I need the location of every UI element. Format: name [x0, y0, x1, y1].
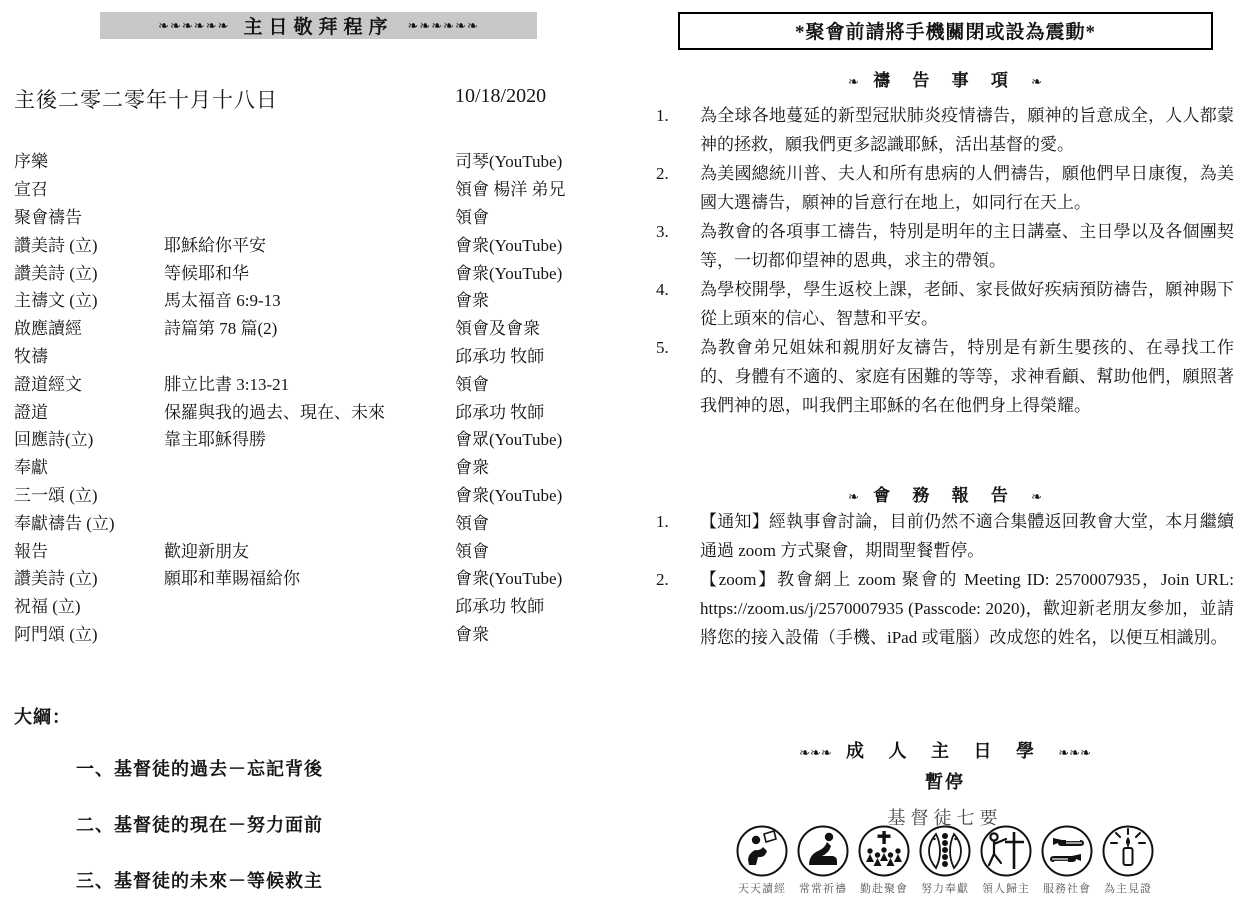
program-item-leader: 邱承功 牧師 [455, 592, 636, 617]
announcement-item: 1. 【通知】經執事會討論，目前仍然不適合集體返回教會大堂，本月繼續通過 zoo… [656, 507, 1234, 565]
program-row: 祝福 (立) 邱承功 牧師 [14, 591, 636, 619]
program-item-leader: 領會 [455, 509, 636, 534]
program-item-name: 牧禱 [14, 342, 164, 367]
announcement-item: 2. 【zoom】教會網上 zoom 聚會的 Meeting ID: 25700… [656, 565, 1234, 652]
serve-society-icon [1040, 824, 1094, 878]
witness-candle-icon [1101, 824, 1155, 878]
essential-label: 為主見證 [1104, 880, 1152, 896]
program-row: 報告 歡迎新朋友 領會 [14, 535, 636, 563]
prayer-item: 2. 為美國總統川普、夫人和所有患病的人們禱告，願他們早日康復，為美國大選禱告，… [656, 159, 1234, 217]
program-item-name: 讚美詩 (立) [14, 259, 164, 284]
program-item-detail: 等候耶和华 [164, 259, 455, 284]
program-item-leader: 會眾(YouTube) [455, 425, 636, 450]
program-row: 奉獻 會衆 [14, 452, 636, 480]
item-text: 為教會弟兄姐妹和親朋好友禱告，特別是有新生嬰孩的、在尋找工作的、身體有不適的、家… [700, 333, 1234, 420]
program-item-name: 證道 [14, 398, 164, 423]
item-number: 5. [656, 333, 700, 420]
program-item-name: 讚美詩 (立) [14, 231, 164, 256]
essential-offering: 努力奉獻 [916, 824, 974, 896]
program-row: 奉獻禱告 (立) 領會 [14, 507, 636, 535]
item-number: 3. [656, 217, 700, 275]
seven-essentials-icons: 天天讀經 常常祈禱 [650, 824, 1240, 896]
essential-read-bible: 天天讀經 [733, 824, 791, 896]
prayer-item: 4. 為學校開學，學生返校上課，老師、家長做好疾病預防禱告，願神賜下從上頭來的信… [656, 275, 1234, 333]
program-item-leader: 領會 楊洋 弟兄 [455, 175, 636, 200]
program-item-name: 聚會禱告 [14, 203, 164, 228]
scroll-ornament-icon: ❧❧❧ [799, 745, 832, 760]
scroll-ornament-icon: ❧ [1031, 74, 1042, 89]
item-number: 1. [656, 507, 700, 565]
sunday-school-section-title: ❧❧❧ 成 人 主 日 學 ❧❧❧ [650, 737, 1240, 763]
date-row: 主後二零二零年十月十八日 10/18/2020 [14, 84, 636, 114]
prayer-item: 5. 為教會弟兄姐妹和親朋好友禱告，特別是有新生嬰孩的、在尋找工作的、身體有不適… [656, 333, 1234, 420]
program-item-leader: 會衆 [455, 620, 636, 645]
program-row: 讚美詩 (立) 等候耶和华 會衆(YouTube) [14, 257, 636, 285]
prayer-section-title: ❧ 禱 告 事 項 ❧ [650, 66, 1240, 91]
program-item-name: 三一頌 (立) [14, 481, 164, 506]
program-item-leader: 領會及會衆 [455, 314, 636, 339]
outline-title: 大綱： [14, 703, 636, 729]
program-item-leader: 領會 [455, 537, 636, 562]
announcement-items-list: 1. 【通知】經執事會討論，目前仍然不適合集體返回教會大堂，本月繼續通過 zoo… [656, 507, 1234, 652]
program-item-leader: 邱承功 牧師 [455, 342, 636, 367]
scroll-ornament-icon: ❧ [848, 489, 859, 504]
bulletin-left-page: ❧❧❧❧❧❧ 主日敬拜程序 ❧❧❧❧❧❧ 主後二零二零年十月十八日 10/18/… [14, 0, 636, 913]
item-text: 【zoom】教會網上 zoom 聚會的 Meeting ID: 25700079… [700, 565, 1234, 652]
program-item-name: 奉獻禱告 (立) [14, 509, 164, 534]
sunday-school-status: 暫停 [650, 768, 1240, 794]
essential-label: 服務社會 [1043, 880, 1091, 896]
essential-label: 勤赴聚會 [860, 880, 908, 896]
program-item-detail: 願耶和華賜福給你 [164, 564, 455, 589]
program-item-name: 主禱文 (立) [14, 286, 164, 311]
outline-point: 二、基督徒的現在－努力面前 [76, 811, 636, 837]
essential-serve-society: 服務社會 [1038, 824, 1096, 896]
pray-icon [796, 824, 850, 878]
essential-pray: 常常祈禱 [794, 824, 852, 896]
program-item-name: 證道經文 [14, 370, 164, 395]
essential-label: 常常祈禱 [799, 880, 847, 896]
program-item-detail: 詩篇第 78 篇(2) [164, 314, 455, 339]
program-row: 聚會禱告 領會 [14, 202, 636, 230]
scroll-ornament-icon: ❧❧❧❧❧❧ [158, 18, 229, 34]
offering-icon [918, 824, 972, 878]
attend-meeting-icon [857, 824, 911, 878]
program-item-leader: 領會 [455, 370, 636, 395]
prayer-items-list: 1. 為全球各地蔓延的新型冠狀肺炎疫情禱告，願神的旨意成全，人人都蒙神的拯救，願… [656, 101, 1234, 420]
outline-point: 一、基督徒的過去－忘記背後 [76, 755, 636, 781]
scroll-ornament-icon: ❧ [848, 74, 859, 89]
program-item-detail: 歡迎新朋友 [164, 537, 455, 562]
program-item-leader: 會衆 [455, 286, 636, 311]
program-row: 證道經文 腓立比書 3:13-21 領會 [14, 368, 636, 396]
lead-to-christ-icon [979, 824, 1033, 878]
program-item-leader: 會衆 [455, 453, 636, 478]
item-text: 為全球各地蔓延的新型冠狀肺炎疫情禱告，願神的旨意成全，人人都蒙神的拯救，願我們更… [700, 101, 1234, 159]
program-item-name: 宣召 [14, 175, 164, 200]
program-row: 宣召 領會 楊洋 弟兄 [14, 174, 636, 202]
scroll-ornament-icon: ❧❧❧❧❧❧ [408, 18, 479, 34]
program-item-leader: 會衆(YouTube) [455, 481, 636, 506]
program-item-name: 阿門頌 (立) [14, 620, 164, 645]
item-number: 4. [656, 275, 700, 333]
program-item-leader: 司琴(YouTube) [455, 147, 636, 172]
item-number: 2. [656, 159, 700, 217]
worship-program-list: 序樂 司琴(YouTube) 宣召 領會 楊洋 弟兄 聚會禱告 領會 讚美詩 (… [14, 146, 636, 646]
program-item-name: 奉獻 [14, 453, 164, 478]
program-item-leader: 會衆(YouTube) [455, 564, 636, 589]
program-row: 序樂 司琴(YouTube) [14, 146, 636, 174]
program-item-leader: 領會 [455, 203, 636, 228]
announcements-section-title: ❧ 會 務 報 告 ❧ [650, 481, 1240, 506]
prayer-item: 1. 為全球各地蔓延的新型冠狀肺炎疫情禱告，願神的旨意成全，人人都蒙神的拯救，願… [656, 101, 1234, 159]
program-row: 三一頌 (立) 會衆(YouTube) [14, 480, 636, 508]
bulletin-right-page: *聚會前請將手機關閉或設為震動* ❧ 禱 告 事 項 ❧ 1. 為全球各地蔓延的… [650, 0, 1240, 913]
program-item-leader: 會衆(YouTube) [455, 231, 636, 256]
program-row: 阿門頌 (立) 會衆 [14, 619, 636, 647]
sermon-outline: 大綱： 一、基督徒的過去－忘記背後 二、基督徒的現在－努力面前 三、基督徒的未來… [14, 703, 636, 893]
essential-label: 努力奉獻 [921, 880, 969, 896]
essential-label: 領人歸主 [982, 880, 1030, 896]
item-number: 1. [656, 101, 700, 159]
essential-witness: 為主見證 [1099, 824, 1157, 896]
program-row: 回應詩(立) 靠主耶穌得勝 會眾(YouTube) [14, 424, 636, 452]
program-row: 讚美詩 (立) 耶穌給你平安 會衆(YouTube) [14, 229, 636, 257]
program-item-detail: 腓立比書 3:13-21 [164, 370, 455, 395]
program-item-name: 回應詩(立) [14, 425, 164, 450]
program-item-leader: 邱承功 牧師 [455, 398, 636, 423]
program-row: 讚美詩 (立) 願耶和華賜福給你 會衆(YouTube) [14, 563, 636, 591]
essential-lead-to-christ: 領人歸主 [977, 824, 1035, 896]
date-chinese: 主後二零二零年十月十八日 [14, 88, 278, 112]
date-numeric: 10/18/2020 [455, 85, 546, 108]
item-text: 為學校開學，學生返校上課，老師、家長做好疾病預防禱告，願神賜下從上頭來的信心、智… [700, 275, 1234, 333]
essential-label: 天天讀經 [738, 880, 786, 896]
prayer-item: 3. 為教會的各項事工禱告，特別是明年的主日講臺、主日學以及各個團契等，一切都仰… [656, 217, 1234, 275]
read-bible-icon [735, 824, 789, 878]
program-item-name: 報告 [14, 537, 164, 562]
item-text: 【通知】經執事會討論，目前仍然不適合集體返回教會大堂，本月繼續通過 zoom 方… [700, 507, 1234, 565]
program-item-detail: 耶穌給你平安 [164, 231, 455, 256]
worship-order-title-bar: ❧❧❧❧❧❧ 主日敬拜程序 ❧❧❧❧❧❧ [100, 12, 537, 39]
item-number: 2. [656, 565, 700, 652]
program-item-name: 祝福 (立) [14, 592, 164, 617]
program-item-name: 讚美詩 (立) [14, 564, 164, 589]
scroll-ornament-icon: ❧❧❧ [1058, 745, 1091, 760]
page-title: 主日敬拜程序 [243, 12, 393, 39]
program-item-detail: 保羅與我的過去、現在、未來 [164, 398, 455, 423]
program-item-leader: 會衆(YouTube) [455, 259, 636, 284]
program-row: 牧禱 邱承功 牧師 [14, 341, 636, 369]
item-text: 為教會的各項事工禱告，特別是明年的主日講臺、主日學以及各個團契等，一切都仰望神的… [700, 217, 1234, 275]
program-item-name: 序樂 [14, 147, 164, 172]
essential-attend-meeting: 勤赴聚會 [855, 824, 913, 896]
item-text: 為美國總統川普、夫人和所有患病的人們禱告，願他們早日康復，為美國大選禱告，願神的… [700, 159, 1234, 217]
program-item-detail: 馬太福音 6:9-13 [164, 286, 455, 311]
program-row: 啟應讀經 詩篇第 78 篇(2) 領會及會衆 [14, 313, 636, 341]
phone-silence-notice-box: *聚會前請將手機關閉或設為震動* [678, 12, 1213, 50]
program-row: 證道 保羅與我的過去、現在、未來 邱承功 牧師 [14, 396, 636, 424]
program-item-detail: 靠主耶穌得勝 [164, 425, 455, 450]
program-row: 主禱文 (立) 馬太福音 6:9-13 會衆 [14, 285, 636, 313]
scroll-ornament-icon: ❧ [1031, 489, 1042, 504]
outline-point: 三、基督徒的未來－等候救主 [76, 867, 636, 893]
program-item-name: 啟應讀經 [14, 314, 164, 339]
